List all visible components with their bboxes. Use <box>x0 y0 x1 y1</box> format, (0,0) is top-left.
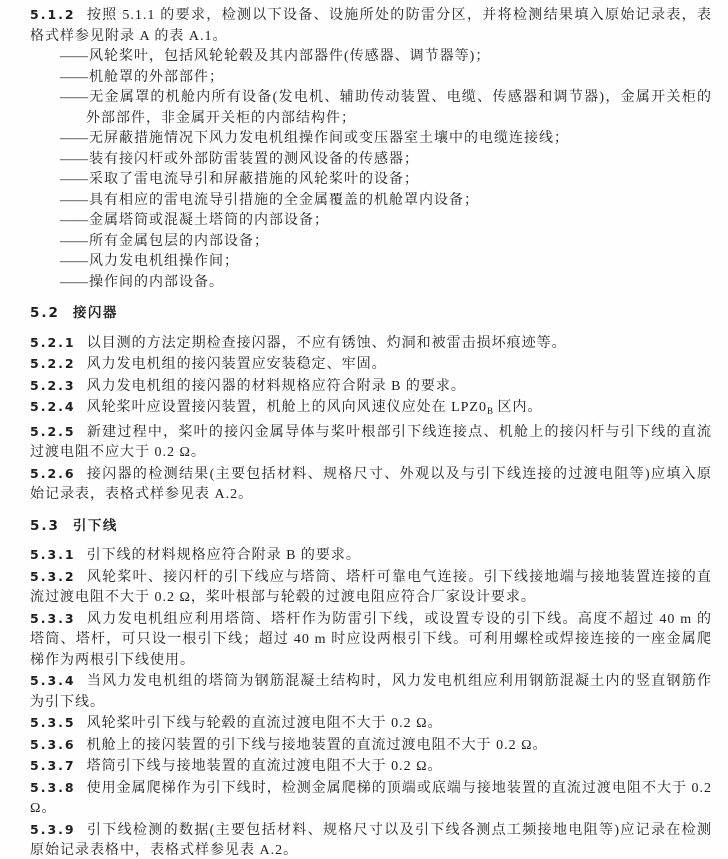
list-item: ——所有金属包层的内部设备； <box>30 232 712 253</box>
list-dash: —— <box>60 193 88 208</box>
section-title: 引下线 <box>73 518 118 534</box>
lpz-equipment-list: ——风轮桨叶，包括风轮轮毂及其内部器件(传感器、调节器等)； ——机舱罩的外部部… <box>30 47 712 293</box>
section-number: 5.2 <box>30 305 60 321</box>
clause-text: 接闪器的检测结果(主要包括材料、规格尺寸、外观以及与引下线连接的过渡电阻等)应填… <box>30 467 712 503</box>
clause-text: 引下线的材料规格应符合附录 B 的要求。 <box>87 548 361 563</box>
clause-number: 5.3.9 <box>30 822 76 837</box>
clause-number: 5.3.8 <box>30 780 76 795</box>
clause-5-1-2: 5.1.2按照 5.1.1 的要求，检测以下设备、设施所处的防雷分区，并将检测结… <box>30 5 712 47</box>
clause-5-3-8: 5.3.8使用金属爬梯作为引下线时，检测金属爬梯的顶端或底端与接地装置的直流过渡… <box>30 778 712 820</box>
list-item-text: 风轮桨叶，包括风轮轮毂及其内部器件(传感器、调节器等)； <box>89 49 490 64</box>
clause-text: 风力发电机组的接闪器的材料规格应符合附录 B 的要求。 <box>87 379 466 394</box>
clause-number: 5.2.4 <box>30 399 76 414</box>
clause-5-2-1: 5.2.1以目测的方法定期检查接闪器，不应有锈蚀、灼洞和被雷击损坏痕迹等。 <box>30 333 712 355</box>
clause-text: 以目测的方法定期检查接闪器，不应有锈蚀、灼洞和被雷击损坏痕迹等。 <box>87 336 567 351</box>
list-dash: —— <box>60 90 88 105</box>
list-dash: —— <box>60 234 88 249</box>
clause-5-2-6: 5.2.6接闪器的检测结果(主要包括材料、规格尺寸、外观以及与引下线连接的过渡电… <box>30 464 712 506</box>
list-item: ——机舱罩的外部部件； <box>30 68 712 89</box>
clause-number: 5.3.4 <box>30 673 76 688</box>
clause-5-3-4: 5.3.4当风力发电机组的塔筒为钢筋混凝土结构时，风力发电机组应利用钢筋混凝土内… <box>30 671 712 713</box>
clause-number: 5.3.6 <box>30 737 76 752</box>
list-item-text: 具有相应的雷电流导引措施的全金属覆盖的机舱罩内设备； <box>89 193 479 208</box>
clause-text: 风轮桨叶引下线与轮毂的直流过渡电阻不大于 0.2 Ω。 <box>87 716 443 731</box>
section-title: 接闪器 <box>73 305 118 321</box>
clause-text: 风力发电机组应利用塔筒、塔杆作为防雷引下线，或设置专设的引下线。高度不超过 40… <box>30 612 712 668</box>
list-item-text: 风力发电机组操作间； <box>89 254 239 269</box>
list-item: ——采取了雷电流导引和屏蔽措施的风轮桨叶的设备； <box>30 170 712 191</box>
clause-5-2-3: 5.2.3风力发电机组的接闪器的材料规格应符合附录 B 的要求。 <box>30 376 712 398</box>
clause-5-3-2: 5.3.2风轮桨叶、接闪杆的引下线应与塔筒、塔杆可靠电气连接。引下线接地端与接地… <box>30 567 712 609</box>
list-item-text: 无金属罩的机舱内所有设备(发电机、辅助传动装置、电缆、传感器和调节器)，金属开关… <box>86 90 712 126</box>
clause-5-3-6: 5.3.6机舱上的接闪装置的引下线与接地装置的直流过渡电阻不大于 0.2 Ω。 <box>30 735 712 757</box>
clause-number: 5.1.2 <box>30 7 76 22</box>
clause-number: 5.2.5 <box>30 424 76 439</box>
list-item-text: 装有接闪杆或外部防雷装置的测风设备的传感器； <box>89 152 419 167</box>
list-item-text: 金属塔筒或混凝土塔筒的内部设备； <box>89 213 329 228</box>
clause-text: 区内。 <box>493 400 543 415</box>
clause-number: 5.3.3 <box>30 611 76 626</box>
clause-text: 风轮桨叶、接闪杆的引下线应与塔筒、塔杆可靠电气连接。引下线接地端与接地装置连接的… <box>30 570 712 606</box>
clause-text: 当风力发电机组的塔筒为钢筋混凝土结构时，风力发电机组应利用钢筋混凝土内的竖直钢筋… <box>30 674 712 710</box>
list-item-text: 机舱罩的外部部件； <box>89 70 224 85</box>
list-item-text: 所有金属包层的内部设备； <box>89 234 269 249</box>
list-dash: —— <box>60 213 88 228</box>
clause-5-3-5: 5.3.5风轮桨叶引下线与轮毂的直流过渡电阻不大于 0.2 Ω。 <box>30 713 712 735</box>
list-item: ——风轮桨叶，包括风轮轮毂及其内部器件(传感器、调节器等)； <box>30 47 712 68</box>
clause-5-3-9: 5.3.9引下线检测的数据(主要包括材料、规格尺寸以及引下线各测点工频接地电阻等… <box>30 820 712 859</box>
list-dash: —— <box>60 70 88 85</box>
list-item-text: 无屏蔽措施情况下风力发电机组操作间或变压器室土壤中的电缆连接线； <box>89 131 569 146</box>
clause-text: 风轮桨叶应设置接闪装置，机舱上的风向风速仪应处在 LPZ0 <box>87 400 487 415</box>
list-item: ——无屏蔽措施情况下风力发电机组操作间或变压器室土壤中的电缆连接线； <box>30 129 712 150</box>
clause-text: 风力发电机组的接闪装置应安装稳定、牢固。 <box>87 357 387 372</box>
section-number: 5.3 <box>30 518 60 534</box>
clause-text: 塔筒引下线与接地装置的直流过渡电阻不大于 0.2 Ω。 <box>87 759 443 774</box>
list-item: ——具有相应的雷电流导引措施的全金属覆盖的机舱罩内设备； <box>30 191 712 212</box>
list-dash: —— <box>60 254 88 269</box>
clause-number: 5.3.2 <box>30 569 76 584</box>
clause-text: 机舱上的接闪装置的引下线与接地装置的直流过渡电阻不大于 0.2 Ω。 <box>87 738 548 753</box>
document-page: 5.1.2按照 5.1.1 的要求，检测以下设备、设施所处的防雷分区，并将检测结… <box>0 0 728 859</box>
clause-number: 5.2.6 <box>30 466 76 481</box>
list-dash: —— <box>60 49 88 64</box>
clause-text: 新建过程中，桨叶的接闪金属导体与桨叶根部引下线连接点、机舱上的接闪杆与引下线的直… <box>30 425 712 461</box>
clause-5-3-1: 5.3.1引下线的材料规格应符合附录 B 的要求。 <box>30 545 712 567</box>
list-dash: —— <box>60 131 88 146</box>
list-item-text: 操作间的内部设备。 <box>89 275 224 290</box>
list-dash: —— <box>60 275 88 290</box>
clause-5-3-7: 5.3.7塔筒引下线与接地装置的直流过渡电阻不大于 0.2 Ω。 <box>30 756 712 778</box>
clause-5-3-3: 5.3.3风力发电机组应利用塔筒、塔杆作为防雷引下线，或设置专设的引下线。高度不… <box>30 609 712 672</box>
clause-number: 5.2.2 <box>30 356 76 371</box>
section-heading-5-2: 5.2接闪器 <box>30 303 712 324</box>
list-item: ——操作间的内部设备。 <box>30 273 712 294</box>
list-dash: —— <box>60 172 88 187</box>
list-item: ——金属塔筒或混凝土塔筒的内部设备； <box>30 211 712 232</box>
clause-5-2-2: 5.2.2风力发电机组的接闪装置应安装稳定、牢固。 <box>30 354 712 376</box>
clause-5-2-5: 5.2.5新建过程中，桨叶的接闪金属导体与桨叶根部引下线连接点、机舱上的接闪杆与… <box>30 422 712 464</box>
clause-number: 5.2.1 <box>30 335 76 350</box>
clause-number: 5.3.7 <box>30 758 76 773</box>
clause-5-2-4: 5.2.4风轮桨叶应设置接闪装置，机舱上的风向风速仪应处在 LPZ0B 区内。 <box>30 397 712 422</box>
section-heading-5-3: 5.3引下线 <box>30 516 712 537</box>
list-item: ——装有接闪杆或外部防雷装置的测风设备的传感器； <box>30 150 712 171</box>
clause-number: 5.2.3 <box>30 378 76 393</box>
list-dash: —— <box>60 152 88 167</box>
clause-text: 引下线检测的数据(主要包括材料、规格尺寸以及引下线各测点工频接地电阻等)应记录在… <box>30 823 712 859</box>
list-item: ——风力发电机组操作间； <box>30 252 712 273</box>
clause-number: 5.3.5 <box>30 715 76 730</box>
clause-text: 使用金属爬梯作为引下线时，检测金属爬梯的顶端或底端与接地装置的直流过渡电阻不大于… <box>30 781 712 817</box>
list-item-text: 采取了雷电流导引和屏蔽措施的风轮桨叶的设备； <box>89 172 419 187</box>
clause-text: 按照 5.1.1 的要求，检测以下设备、设施所处的防雷分区，并将检测结果填入原始… <box>30 8 712 44</box>
clause-number: 5.3.1 <box>30 547 76 562</box>
list-item: ——无金属罩的机舱内所有设备(发电机、辅助传动装置、电缆、传感器和调节器)，金属… <box>30 88 712 129</box>
